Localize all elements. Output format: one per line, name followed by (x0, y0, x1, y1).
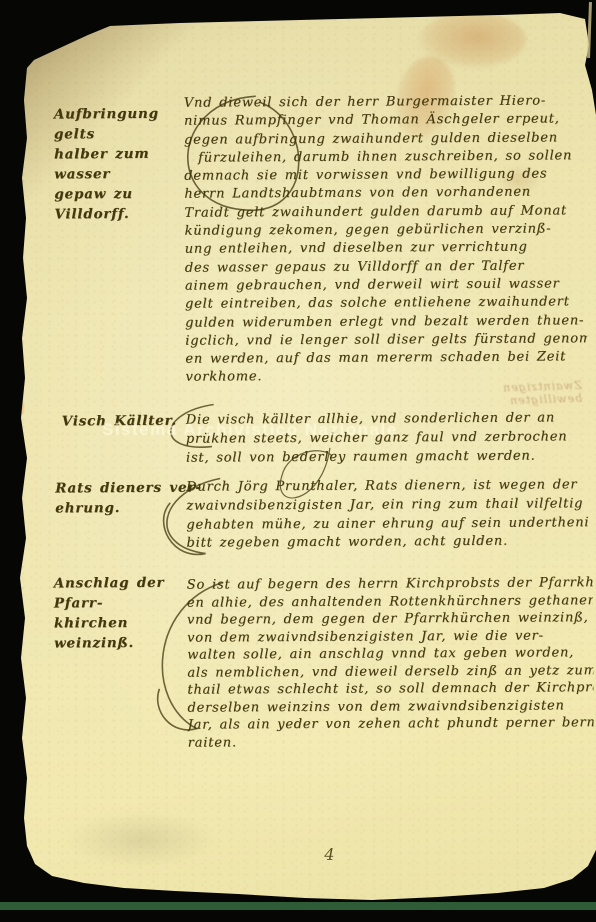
manuscript-page: Aufbringung gelts halber zum wasser gepa… (0, 0, 596, 922)
adjacent-page-edge (587, 2, 592, 58)
green-table-strip (0, 902, 596, 910)
archive-watermark: Sistema Archivistico Nazionale (102, 420, 472, 440)
handwritten-text-layer: Aufbringung gelts halber zum wasser gepa… (0, 0, 596, 922)
pen-flourishes (0, 0, 596, 922)
manuscript-photo: Aufbringung gelts halber zum wasser gepa… (0, 0, 596, 922)
ink-show-through: Zwaintzigen bewilligten (452, 379, 583, 410)
page-number: 4 (324, 845, 334, 864)
